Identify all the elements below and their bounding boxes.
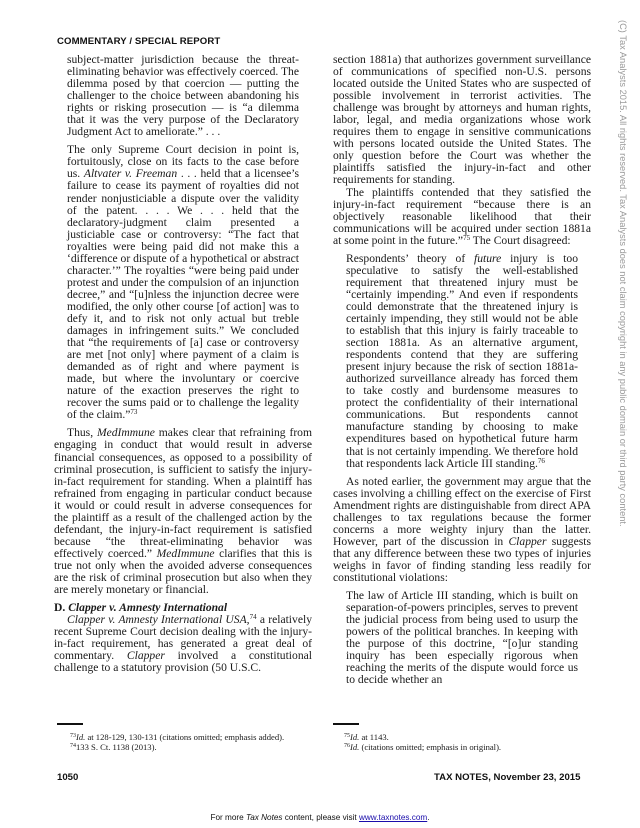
paragraph-as-noted: As noted earlier, the government may arg… [333,476,591,584]
footnote-76: 76Id. (citations omitted; emphasis in or… [344,743,614,753]
footnote-rule-right [333,723,359,725]
footnotes-right: 75Id. at 1143. 76Id. (citations omitted;… [344,733,614,752]
footnotes-left: 73Id. at 128-129, 130-131 (citations omi… [70,733,340,752]
footnote-id: Id. [350,742,359,752]
footnote-ref: 73 [130,408,137,416]
footnote-text: at 128-129, 130-131 (citations omitted; … [85,732,284,742]
case-name: MedImmune [157,547,215,560]
block-quote-2: The only Supreme Court decision in point… [67,144,312,421]
text: . [427,813,429,822]
case-name: Clapper v. Amnesty International USA, [67,613,250,626]
case-name: MedImmune [97,426,155,439]
text: For more [210,813,246,822]
footnote-text: 133 S. Ct. 1138 (2013). [76,742,157,752]
text: makes clear that refraining from engagin… [54,426,312,559]
footnote-text: (citations omitted; emphasis in original… [359,742,501,752]
paragraph-section-1881a: section 1881a) that authorizes governmen… [333,54,591,187]
case-name: Altvater v. Freeman [84,167,177,180]
case-name: Clapper [127,649,165,662]
case-name: Clapper [508,535,546,548]
footnote-74: 74133 S. Ct. 1138 (2013). [70,743,340,753]
text: . . . held that a licensee’s failure to … [67,167,299,421]
block-quote-article-iii: The law of Article III standing, which i… [346,590,591,686]
footnote-id: Id. [350,732,359,742]
text: Thus, [67,426,97,439]
copyright-notice: (C) Tax Analysts 2015. All rights reserv… [618,20,628,580]
footnote-ref: 74 [250,613,257,621]
text: content, please visit [283,813,359,822]
paragraph-clapper: Clapper v. Amnesty International USA,74 … [54,614,312,674]
right-column: section 1881a) that authorizes governmen… [333,54,591,686]
paragraph-medimmune: Thus, MedImmune makes clear that refrain… [54,427,312,596]
emphasis: future [474,252,501,265]
page-number: 1050 [57,772,78,783]
block-quote-1: subject-matter jurisdiction because the … [67,54,312,138]
footnote-rule-left [57,723,83,725]
heading-title: Clapper v. Amnesty International [68,601,227,614]
paragraph-plaintiffs: The plaintiffs contended that they satis… [333,187,591,247]
footnote-text: at 1143. [359,732,389,742]
publication-date: TAX NOTES, November 23, 2015 [434,772,580,783]
footnote-ref: 76 [538,457,545,465]
text: Respondents’ theory of [346,252,474,265]
text: The Court disagreed: [470,234,571,247]
footer: For more Tax Notes content, please visit… [0,813,640,822]
left-column: subject-matter jurisdiction because the … [54,54,312,674]
heading-letter: D. [54,601,65,614]
footnote-id: Id. [76,732,85,742]
brand-name: Tax Notes [246,813,283,822]
taxnotes-link[interactable]: www.taxnotes.com [359,813,427,822]
text: injury is too speculative to satisfy the… [346,252,578,470]
block-quote-court: Respondents’ theory of future injury is … [346,253,591,470]
section-header: COMMENTARY / SPECIAL REPORT [57,36,220,47]
